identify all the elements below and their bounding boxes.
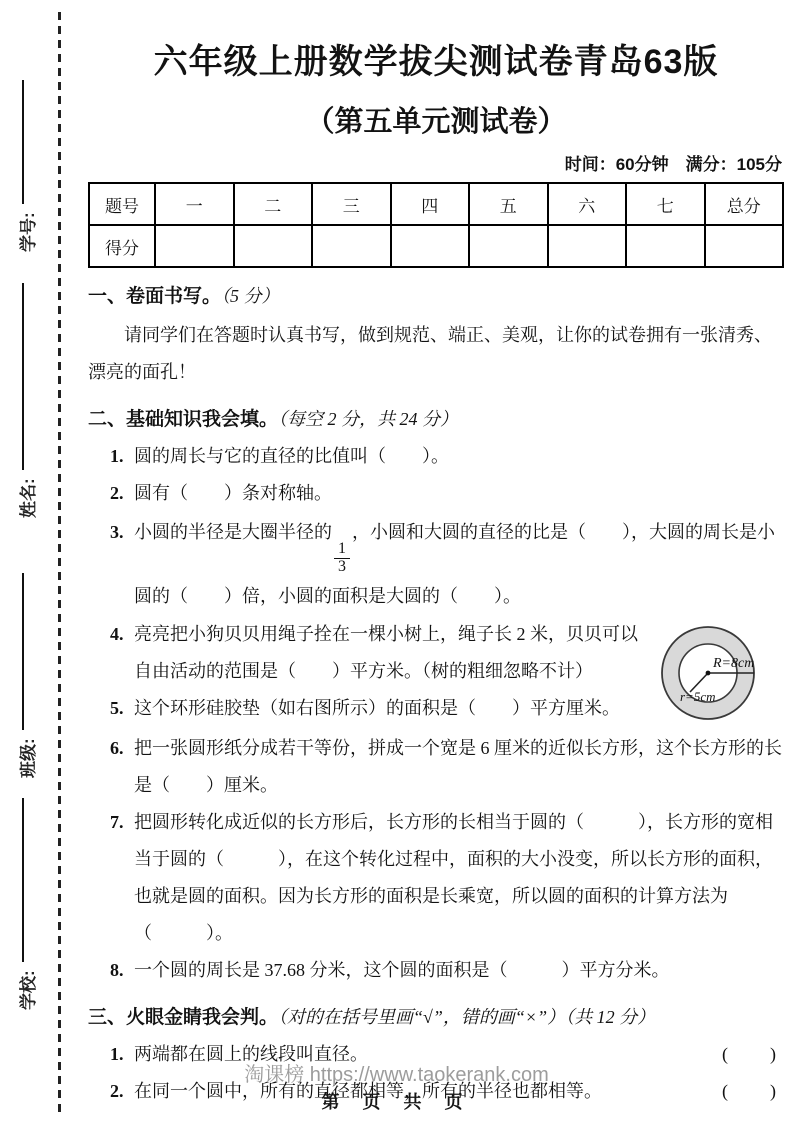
section-three-points: （对的在括号里画“√”，错的画“×”）（共 12 分） [278, 1007, 655, 1027]
score-table-cell: 一 [155, 183, 234, 225]
section-two-heading: 二、基础知识我会填。（每空 2 分，共 24 分） [88, 401, 784, 438]
section-two-points: （每空 2 分，共 24 分） [278, 409, 458, 429]
question-number: 8. [110, 952, 124, 989]
fraction-denominator: 3 [334, 559, 350, 576]
fraction-numerator: 1 [334, 541, 350, 559]
section-three-heading: 三、火眼金睛我会判。（对的在括号里画“√”，错的画“×”）（共 12 分） [88, 999, 784, 1036]
page-subtitle: （第五单元测试卷） [88, 99, 784, 140]
score-table-cell: 二 [234, 183, 313, 225]
score-table-cell: 题号 [89, 183, 155, 225]
fraction-one-third: 13 [334, 541, 350, 576]
section-one-body: 请同学们在答题时认真书写，做到规范、端正、美观，让你的试卷拥有一张清秀、漂亮的面… [88, 317, 784, 391]
question-number: 3. [110, 512, 124, 552]
section-one-points: （5 分） [221, 286, 280, 306]
question-text: 圆的周长与它的直径的比值叫（ ）。 [134, 446, 449, 466]
question-number: 6. [110, 730, 124, 767]
question-number: 7. [110, 804, 124, 841]
question-text: 圆有（ ）条对称轴。 [134, 483, 332, 503]
score-table-cell: 六 [548, 183, 627, 225]
score-table-score-row: 得分 [89, 225, 783, 267]
watermark-text: 淘课榜 https://www.taokerank.com [0, 1058, 793, 1087]
question-2-7: 7. 把圆形转化成近似的长方形后，长方形的长相当于圆的（ ），长方形的宽相当于圆… [88, 804, 784, 952]
question-text: 亮亮把小狗贝贝用绳子拴在一棵小树上，绳子长 2 米，贝贝可以自由活动的范围是（ … [134, 624, 638, 681]
score-cell-empty[interactable] [705, 225, 784, 267]
section-one-title: 一、卷面书写。 [88, 286, 221, 307]
score-table-cell: 总分 [705, 183, 784, 225]
page-footer: 淘课榜 https://www.taokerank.com 第 页 共 页 [0, 1058, 793, 1114]
class-blank[interactable] [21, 573, 24, 730]
question-2-8: 8. 一个圆的周长是 37.68 分米，这个圆的面积是（ ）平方分米。 [88, 952, 784, 989]
page-number-text: 第 页 共 页 [0, 1088, 793, 1114]
question-number: 5. [110, 690, 124, 727]
question-text-pre: 小圆的半径是大圈半径的 [134, 522, 332, 542]
question-number: 2. [110, 475, 124, 512]
questions-with-diagram: R=8cm r=5cm 4. 亮亮把小狗贝贝用绳子拴在一棵小树上，绳子长 2 米… [88, 616, 784, 727]
section-one-heading: 一、卷面书写。（5 分） [88, 278, 784, 315]
student-id-label: 学号: [14, 212, 39, 252]
name-label: 姓名: [14, 478, 39, 518]
test-paper-page: 学号: 姓名: 班级: 学校: 六年级上册数学拔尖测试卷青岛63版 （第五单元测… [0, 0, 793, 1122]
student-id-field[interactable]: 学号: [14, 80, 39, 252]
paper-content: 六年级上册数学拔尖测试卷青岛63版 （第五单元测试卷） 时间：60分钟 满分：1… [88, 24, 784, 1110]
score-table-cell: 三 [312, 183, 391, 225]
score-table-cell: 五 [469, 183, 548, 225]
question-2-4: 4. 亮亮把小狗贝贝用绳子拴在一棵小树上，绳子长 2 米，贝贝可以自由活动的范围… [88, 616, 784, 690]
score-row-label: 得分 [89, 225, 155, 267]
question-2-1: 1. 圆的周长与它的直径的比值叫（ ）。 [88, 438, 784, 475]
school-blank[interactable] [21, 798, 24, 962]
name-field[interactable]: 姓名: [14, 283, 39, 518]
name-blank[interactable] [21, 283, 24, 470]
section-two-title: 二、基础知识我会填。 [88, 409, 278, 430]
class-field[interactable]: 班级: [14, 573, 39, 778]
score-table-cell: 七 [626, 183, 705, 225]
question-text: 把一张圆形纸分成若干等份，拼成一个宽是 6 厘米的近似长方形，这个长方形的长是（… [134, 738, 782, 795]
question-number: 1. [110, 438, 124, 475]
student-id-blank[interactable] [21, 80, 24, 204]
question-text: 把圆形转化成近似的长方形后，长方形的长相当于圆的（ ），长方形的宽相当于圆的（ … [134, 812, 773, 943]
section-three-title: 三、火眼金睛我会判。 [88, 1007, 278, 1028]
score-cell-empty[interactable] [312, 225, 391, 267]
score-cell-empty[interactable] [155, 225, 234, 267]
question-2-3: 3. 小圆的半径是大圈半径的13，小圆和大圆的直径的比是（ ），大圆的周长是小圆… [88, 512, 784, 616]
score-cell-empty[interactable] [548, 225, 627, 267]
score-cell-empty[interactable] [469, 225, 548, 267]
class-label: 班级: [14, 738, 39, 778]
school-label: 学校: [14, 970, 39, 1010]
score-table-cell: 四 [391, 183, 470, 225]
question-2-6: 6. 把一张圆形纸分成若干等份，拼成一个宽是 6 厘米的近似长方形，这个长方形的… [88, 730, 784, 804]
score-cell-empty[interactable] [391, 225, 470, 267]
question-2-5: 5. 这个环形硅胶垫（如右图所示）的面积是（ ）平方厘米。 [88, 690, 784, 727]
score-table: 题号 一 二 三 四 五 六 七 总分 得分 [88, 182, 784, 268]
score-cell-empty[interactable] [234, 225, 313, 267]
question-text: 这个环形硅胶垫（如右图所示）的面积是（ ）平方厘米。 [134, 698, 620, 718]
score-cell-empty[interactable] [626, 225, 705, 267]
cut-dashed-line [58, 12, 61, 1114]
score-table-header-row: 题号 一 二 三 四 五 六 七 总分 [89, 183, 783, 225]
page-title: 六年级上册数学拔尖测试卷青岛63版 [88, 34, 784, 83]
question-2-2: 2. 圆有（ ）条对称轴。 [88, 475, 784, 512]
exam-meta: 时间：60分钟 满分：105分 [90, 150, 782, 175]
school-field[interactable]: 学校: [14, 798, 39, 1010]
question-text: 一个圆的周长是 37.68 分米，这个圆的面积是（ ）平方分米。 [134, 960, 670, 980]
question-number: 4. [110, 616, 124, 653]
